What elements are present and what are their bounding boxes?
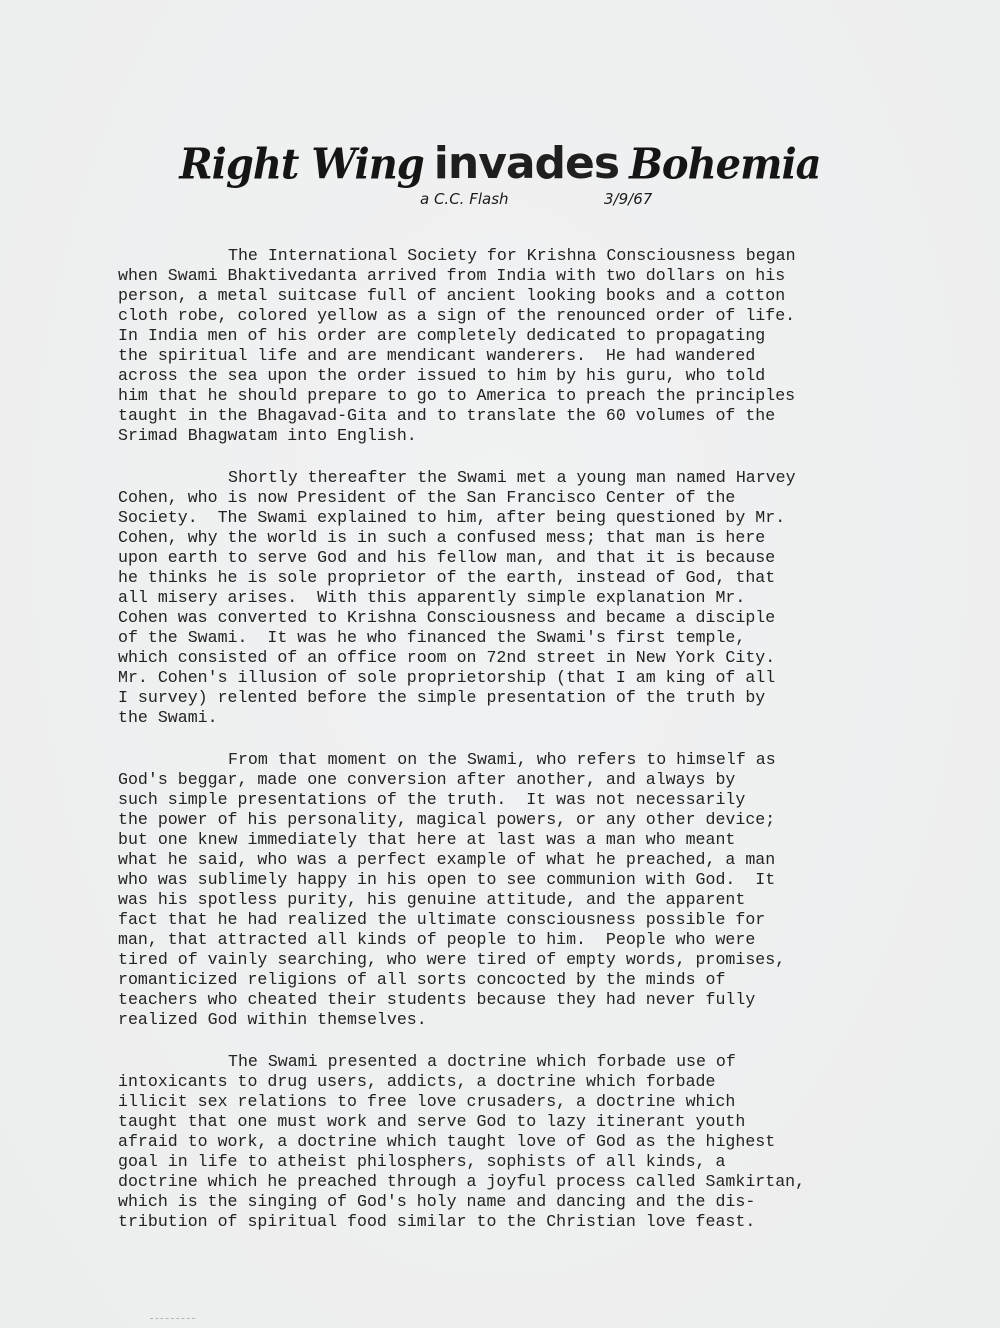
text-line: Cohen, who is now President of the San F… xyxy=(118,488,958,508)
handwritten-date: 3/9/67 xyxy=(604,190,652,208)
paragraph: The Swami presented a doctrine which for… xyxy=(118,1052,958,1232)
text-line: tired of vainly searching, who were tire… xyxy=(118,950,958,970)
text-line: which consisted of an office room on 72n… xyxy=(118,648,958,668)
text-line: he thinks he is sole proprietor of the e… xyxy=(118,568,958,588)
title-part-bohemia: Bohemia xyxy=(629,140,820,189)
text-line: I survey) relented before the simple pre… xyxy=(118,688,958,708)
text-line: such simple presentations of the truth. … xyxy=(118,790,958,810)
text-line: goal in life to atheist philosphers, sop… xyxy=(118,1152,958,1172)
text-line: who was sublimely happy in his open to s… xyxy=(118,870,958,890)
text-line: Shortly thereafter the Swami met a young… xyxy=(118,468,958,488)
paragraph: Shortly thereafter the Swami met a young… xyxy=(118,468,958,728)
text-line: was his spotless purity, his genuine att… xyxy=(118,890,958,910)
text-line: across the sea upon the order issued to … xyxy=(118,366,958,386)
document-title: Right Wing invades Bohemia xyxy=(0,138,1000,189)
text-line: realized God within themselves. xyxy=(118,1010,958,1030)
text-line: person, a metal suitcase full of ancient… xyxy=(118,286,958,306)
text-line: the power of his personality, magical po… xyxy=(118,810,958,830)
text-line: Srimad Bhagwatam into English. xyxy=(118,426,958,446)
text-line: doctrine which he preached through a joy… xyxy=(118,1172,958,1192)
text-line: romanticized religions of all sorts conc… xyxy=(118,970,958,990)
text-line: man, that attracted all kinds of people … xyxy=(118,930,958,950)
text-line: Mr. Cohen's illusion of sole proprietors… xyxy=(118,668,958,688)
text-line: taught in the Bhagavad-Gita and to trans… xyxy=(118,406,958,426)
text-line: From that moment on the Swami, who refer… xyxy=(118,750,958,770)
text-line: Cohen, why the world is in such a confus… xyxy=(118,528,958,548)
text-line: him that he should prepare to go to Amer… xyxy=(118,386,958,406)
text-line: cloth robe, colored yellow as a sign of … xyxy=(118,306,958,326)
text-line: afraid to work, a doctrine which taught … xyxy=(118,1132,958,1152)
text-line: illicit sex relations to free love crusa… xyxy=(118,1092,958,1112)
text-line: of the Swami. It was he who financed the… xyxy=(118,628,958,648)
text-line: The International Society for Krishna Co… xyxy=(118,246,958,266)
document-body: The International Society for Krishna Co… xyxy=(118,246,958,1254)
text-line: the spiritual life and are mendicant wan… xyxy=(118,346,958,366)
text-line: what he said, who was a perfect example … xyxy=(118,850,958,870)
text-line: when Swami Bhaktivedanta arrived from In… xyxy=(118,266,958,286)
text-line: all misery arises. With this apparently … xyxy=(118,588,958,608)
paragraph: From that moment on the Swami, who refer… xyxy=(118,750,958,1030)
title-part-right-wing: Right Wing xyxy=(179,140,423,189)
text-line: but one knew immediately that here at la… xyxy=(118,830,958,850)
text-line: The Swami presented a doctrine which for… xyxy=(118,1052,958,1072)
text-line: taught that one must work and serve God … xyxy=(118,1112,958,1132)
page-mark xyxy=(150,1318,195,1320)
text-line: Cohen was converted to Krishna Conscious… xyxy=(118,608,958,628)
title-part-invades: invades xyxy=(434,138,619,189)
document-page: Right Wing invades Bohemia a C.C. Flash … xyxy=(0,0,1000,1328)
text-line: fact that he had realized the ultimate c… xyxy=(118,910,958,930)
text-line: which is the singing of God's holy name … xyxy=(118,1192,958,1212)
text-line: tribution of spiritual food similar to t… xyxy=(118,1212,958,1232)
text-line: In India men of his order are completely… xyxy=(118,326,958,346)
handwritten-byline: a C.C. Flash xyxy=(420,190,509,208)
text-line: the Swami. xyxy=(118,708,958,728)
text-line: upon earth to serve God and his fellow m… xyxy=(118,548,958,568)
text-line: intoxicants to drug users, addicts, a do… xyxy=(118,1072,958,1092)
text-line: Society. The Swami explained to him, aft… xyxy=(118,508,958,528)
paragraph: The International Society for Krishna Co… xyxy=(118,246,958,446)
text-line: God's beggar, made one conversion after … xyxy=(118,770,958,790)
text-line: teachers who cheated their students beca… xyxy=(118,990,958,1010)
